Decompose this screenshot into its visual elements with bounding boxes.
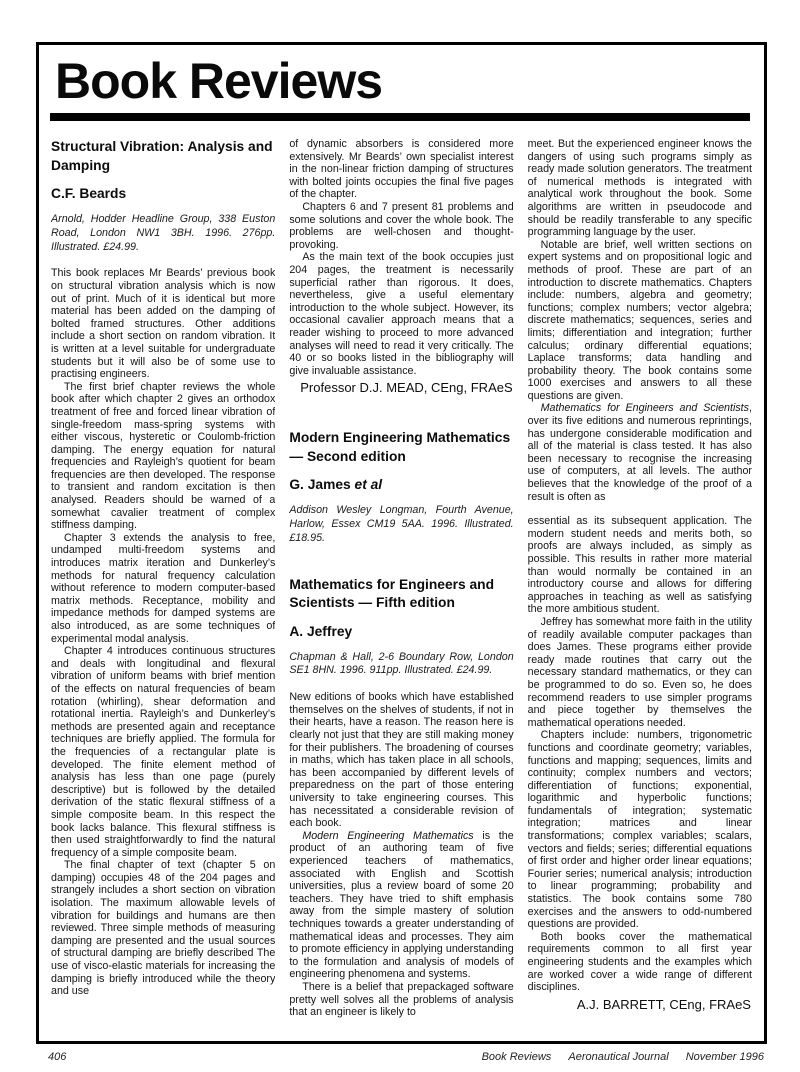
review1-paragraph-6: of dynamic absorbers is considered more … bbox=[289, 138, 513, 201]
column-3: meet. But the experienced engineer knows… bbox=[528, 138, 752, 1019]
column-2: of dynamic absorbers is considered more … bbox=[289, 138, 513, 1019]
review2-book1-author-name: G. James bbox=[289, 477, 354, 492]
review1-title: Structural Vibration: Analysis and Dampi… bbox=[51, 138, 275, 175]
review2-paragraph-7: essential as its subsequent application.… bbox=[528, 515, 752, 616]
column-1: Structural Vibration: Analysis and Dampi… bbox=[51, 138, 275, 1019]
review1-imprint: Arnold, Hodder Headline Group, 338 Eusto… bbox=[51, 213, 275, 254]
review2-paragraph-4: meet. But the experienced engineer knows… bbox=[528, 138, 752, 239]
review1-paragraph-1: This book replaces Mr Beards’ previous b… bbox=[51, 267, 275, 380]
between-books-space bbox=[289, 559, 513, 576]
review2-book1-author-etal: et al bbox=[355, 477, 383, 492]
review1-signature: Professor D.J. MEAD, CEng, FRAeS bbox=[289, 380, 512, 396]
review1-paragraph-5: The final chapter of text (chapter 5 on … bbox=[51, 859, 275, 998]
review2-signature: A.J. BARRETT, CEng, FRAeS bbox=[528, 997, 751, 1013]
footer-page-number: 406 bbox=[48, 1051, 66, 1063]
section-divider-space bbox=[289, 396, 513, 429]
scanned-journal-page: Book Reviews Structural Vibration: Analy… bbox=[0, 0, 800, 1072]
review2-paragraph-2-rest: is the product of an authoring team of f… bbox=[289, 830, 513, 981]
review2-paragraph-10: Both books cover the mathematical requir… bbox=[528, 931, 752, 994]
review2-book2-author: A. Jeffrey bbox=[289, 624, 513, 639]
book-title-italic: Modern Engineering Mathematics bbox=[302, 830, 473, 842]
review2-paragraph-3: There is a belief that prepackaged softw… bbox=[289, 981, 513, 1019]
footer-section-name: Book Reviews bbox=[482, 1051, 552, 1063]
review2-book1-imprint: Addison Wesley Longman, Fourth Avenue, H… bbox=[289, 504, 513, 545]
page-border-frame: Book Reviews Structural Vibration: Analy… bbox=[36, 42, 767, 1044]
review2-book1-title: Modern Engineering Mathematics — Second … bbox=[289, 429, 513, 466]
page-footer: 406 Book Reviews Aeronautical Journal No… bbox=[48, 1051, 764, 1063]
review1-paragraph-3: Chapter 3 extends the analysis to free, … bbox=[51, 532, 275, 645]
review2-paragraph-5: Notable are brief, well written sections… bbox=[528, 239, 752, 403]
three-column-layout: Structural Vibration: Analysis and Dampi… bbox=[51, 138, 752, 1019]
review2-paragraph-6-rest: , over its five editions and numerous re… bbox=[528, 402, 752, 502]
review2-book2-title: Mathematics for Engineers and Scientists… bbox=[289, 576, 513, 613]
review1-paragraph-7: Chapters 6 and 7 present 81 problems and… bbox=[289, 201, 513, 251]
title-rule bbox=[50, 113, 750, 121]
review2-paragraph-1: New editions of books which have establi… bbox=[289, 691, 513, 830]
review2-book2-imprint: Chapman & Hall, 2-6 Boundary Row, London… bbox=[289, 651, 513, 679]
review1-paragraph-2: The first brief chapter reviews the whol… bbox=[51, 381, 275, 532]
footer-journal-line: Book Reviews Aeronautical Journal Novemb… bbox=[482, 1051, 764, 1063]
footer-journal-name: Aeronautical Journal bbox=[568, 1051, 668, 1063]
review1-paragraph-8: As the main text of the book occupies ju… bbox=[289, 251, 513, 377]
review2-paragraph-8: Jeffrey has somewhat more faith in the u… bbox=[528, 616, 752, 729]
book-title-italic: Mathematics for Engineers and Scientists bbox=[541, 402, 749, 414]
review2-paragraph-2: Modern Engineering Mathematics is the pr… bbox=[289, 830, 513, 981]
review2-paragraph-6: Mathematics for Engineers and Scientists… bbox=[528, 402, 752, 503]
page-title: Book Reviews bbox=[55, 55, 764, 107]
review1-author: C.F. Beards bbox=[51, 186, 275, 201]
review1-paragraph-4: Chapter 4 introduces continuous structur… bbox=[51, 645, 275, 859]
review2-paragraph-9: Chapters include: numbers, trigonometric… bbox=[528, 729, 752, 931]
review2-book1-author: G. James et al bbox=[289, 477, 513, 492]
footer-issue-date: November 1996 bbox=[686, 1051, 764, 1063]
